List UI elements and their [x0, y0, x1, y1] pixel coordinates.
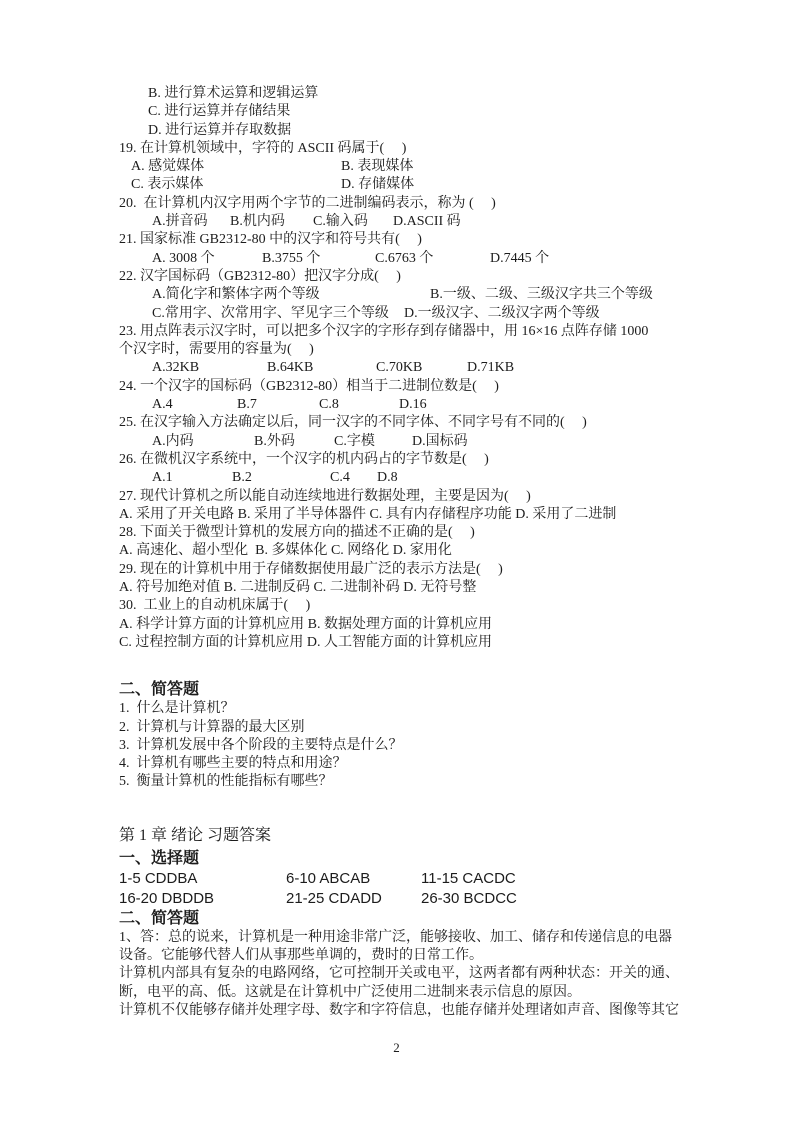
option-c: C.输入码: [313, 213, 393, 231]
question-option-row: A.简化字和繁体字两个等级B.一级、二级、三级汉字共三个等级: [119, 286, 701, 304]
question-stem: 25. 在汉字输入方法确定以后，同一汉字的不同字体、不同字号有不同的( ): [119, 414, 701, 432]
question-option-line: D. 进行运算并存取数据: [119, 122, 701, 140]
option-c: C.8: [319, 396, 399, 414]
option-c: C.字模: [334, 433, 412, 451]
answer-key-row: 16-20 DBDDB21-25 CDADD26-30 BCDCC: [119, 889, 701, 909]
question-option-row: A. 3008 个B.3755 个C.6763 个D.7445 个: [119, 250, 701, 268]
question-stem: 22. 汉字国标码（GB2312-80）把汉字分成( ): [119, 268, 701, 286]
option-b: B.64KB: [267, 359, 376, 377]
option-c: C. 表示媒体: [131, 176, 341, 194]
option-d: D.一级汉字、二级汉字两个等级: [404, 305, 600, 323]
question-stem: 28. 下面关于微型计算机的发展方向的描述不正确的是( ): [119, 524, 701, 542]
answer-paragraph-line: 1、答：总的说来，计算机是一种用途非常广泛，能够接收、加工、储存和传递信息的电器: [119, 929, 701, 947]
option-b: B.7: [237, 396, 319, 414]
option-a: A.1: [152, 469, 232, 487]
question-option-row: A.1B.2C.4D.8: [119, 469, 701, 487]
answer-paragraph-line: 计算机不仅能够存储并处理字母、数字和字符信息，也能存储并处理诸如声音、图像等其它: [119, 1002, 701, 1020]
option-a: A.4: [152, 396, 237, 414]
answer-paragraph-line: 计算机内部具有复杂的电路网络，它可控制开关或电平，这两者都有两种状态：开关的通、: [119, 965, 701, 983]
option-a: A. 3008 个: [152, 250, 262, 268]
short-answer-item: 2. 计算机与计算器的最大区别: [119, 719, 701, 737]
answer-key-range: 26-30 BCDCC: [421, 889, 517, 909]
question-option-row: A.4B.7C.8D.16: [119, 396, 701, 414]
question-option-row: A.32KBB.64KBC.70KBD.71KB: [119, 359, 701, 377]
option-b: B.外码: [254, 433, 334, 451]
option-c: C.70KB: [376, 359, 467, 377]
answer-key-range: 1-5 CDDBA: [119, 869, 286, 889]
option-d: D.7445 个: [490, 250, 549, 268]
question-stem: 26. 在微机汉字系统中，一个汉字的机内码占的字节数是( ): [119, 451, 701, 469]
short-answer-item: 3. 计算机发展中各个阶段的主要特点是什么？: [119, 737, 701, 755]
choice-answers-heading: 一、选择题: [119, 849, 701, 869]
option-a: A. 感觉媒体: [131, 158, 341, 176]
question-option-row: A.内码B.外码C.字模D.国标码: [119, 433, 701, 451]
question-option-line: A. 科学计算方面的计算机应用 B. 数据处理方面的计算机应用: [119, 616, 701, 634]
option-d: D.国标码: [412, 433, 468, 451]
page-number: 2: [0, 1040, 793, 1056]
option-b: B.2: [232, 469, 330, 487]
option-c: C.4: [330, 469, 377, 487]
question-stem: 21. 国家标准 GB2312-80 中的汉字和符号共有( ): [119, 231, 701, 249]
option-b: B.一级、二级、三级汉字共三个等级: [430, 286, 653, 304]
page-content: B. 进行算术运算和逻辑运算 C. 进行运算并存储结果 D. 进行运算并存取数据…: [119, 85, 701, 1020]
answer-key-row: 1-5 CDDBA6-10 ABCAB11-15 CACDC: [119, 869, 701, 889]
option-d: D.71KB: [467, 359, 514, 377]
answer-key-range: 11-15 CACDC: [421, 869, 516, 889]
question-stem: 30. 工业上的自动机床属于( ): [119, 597, 701, 615]
option-a: A.32KB: [152, 359, 267, 377]
answer-key-range: 21-25 CDADD: [286, 889, 421, 909]
question-option-line: C. 进行运算并存储结果: [119, 103, 701, 121]
option-b: B.机内码: [230, 213, 313, 231]
option-a: A.简化字和繁体字两个等级: [152, 286, 430, 304]
option-a: A.内码: [152, 433, 254, 451]
question-option-line: C. 过程控制方面的计算机应用 D. 人工智能方面的计算机应用: [119, 634, 701, 652]
answer-key-range: 6-10 ABCAB: [286, 869, 421, 889]
option-b: B.3755 个: [262, 250, 375, 268]
question-stem: 24. 一个汉字的国标码（GB2312-80）相当于二进制位数是( ): [119, 378, 701, 396]
option-c: C.常用字、次常用字、罕见字三个等级: [152, 305, 404, 323]
option-d: D.ASCII 码: [393, 213, 461, 231]
short-answer-item: 4. 计算机有哪些主要的特点和用途？: [119, 755, 701, 773]
answer-key-range: 16-20 DBDDB: [119, 889, 286, 909]
answer-paragraph-line: 设备。它能够代替人们从事那些单调的，费时的日常工作。: [119, 947, 701, 965]
question-option-row: C. 表示媒体D. 存储媒体: [119, 176, 701, 194]
answer-paragraph-line: 断，电平的高、低。这就是在计算机中广泛使用二进制来表示信息的原因。: [119, 984, 701, 1002]
short-answer-section-heading: 二、简答题: [119, 680, 701, 700]
option-c: C.6763 个: [375, 250, 490, 268]
question-option-row: A.拼音码B.机内码C.输入码D.ASCII 码: [119, 213, 701, 231]
short-answer-item: 1. 什么是计算机？: [119, 700, 701, 718]
question-stem: 20. 在计算机内汉字用两个字节的二进制编码表示，称为 ( ): [119, 195, 701, 213]
question-option-line: A. 高速化、超小型化 B. 多媒体化 C. 网络化 D. 家用化: [119, 542, 701, 560]
question-stem: 23. 用点阵表示汉字时，可以把多个汉字的字形存到存储器中，用 16×16 点阵…: [119, 323, 701, 341]
option-d: D.16: [399, 396, 427, 414]
option-d: D. 存储媒体: [341, 176, 414, 194]
question-option-line: A. 采用了开关电路 B. 采用了半导体器件 C. 具有内存储程序功能 D. 采…: [119, 506, 701, 524]
question-option-line: B. 进行算术运算和逻辑运算: [119, 85, 701, 103]
answers-chapter-title: 第 1 章 绪论 习题答案: [119, 826, 701, 846]
document-page: B. 进行算术运算和逻辑运算 C. 进行运算并存储结果 D. 进行运算并存取数据…: [0, 0, 793, 1122]
question-stem: 29. 现在的计算机中用于存储数据使用最广泛的表示方法是( ): [119, 561, 701, 579]
question-option-row: C.常用字、次常用字、罕见字三个等级D.一级汉字、二级汉字两个等级: [119, 305, 701, 323]
option-d: D.8: [377, 469, 398, 487]
question-stem: 27. 现代计算机之所以能自动连续地进行数据处理，主要是因为( ): [119, 488, 701, 506]
question-option-row: A. 感觉媒体B. 表现媒体: [119, 158, 701, 176]
question-option-line: A. 符号加绝对值 B. 二进制反码 C. 二进制补码 D. 无符号整: [119, 579, 701, 597]
short-answer-item: 5. 衡量计算机的性能指标有哪些？: [119, 773, 701, 791]
short-answers-heading: 二、简答题: [119, 909, 701, 929]
question-stem-continued: 个汉字时，需要用的容量为( ): [119, 341, 701, 359]
question-stem: 19. 在计算机领域中，字符的 ASCII 码属于( ): [119, 140, 701, 158]
option-b: B. 表现媒体: [341, 158, 413, 176]
option-a: A.拼音码: [152, 213, 230, 231]
